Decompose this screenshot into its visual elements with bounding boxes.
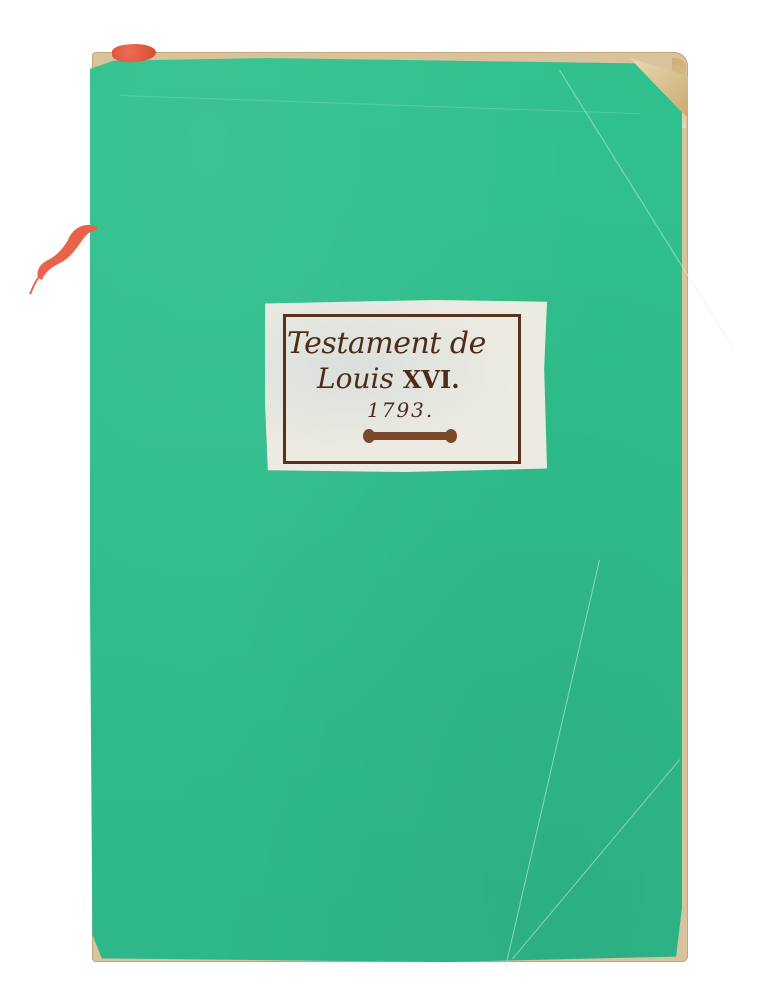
label-name: Louis XVI.	[317, 362, 460, 395]
ribbon-side	[26, 220, 100, 296]
label-roman-numeral: XVI.	[403, 365, 460, 394]
label-name-text: Louis	[317, 362, 394, 395]
ink-flourish	[369, 432, 453, 440]
booklet-cover	[90, 58, 682, 962]
photo-stage: Testament de Louis XVI. 1793.	[0, 0, 778, 1000]
label-title: Testament de	[287, 326, 486, 361]
label-year: 1793.	[367, 398, 434, 422]
cover-label: Testament de Louis XVI. 1793.	[265, 300, 547, 472]
